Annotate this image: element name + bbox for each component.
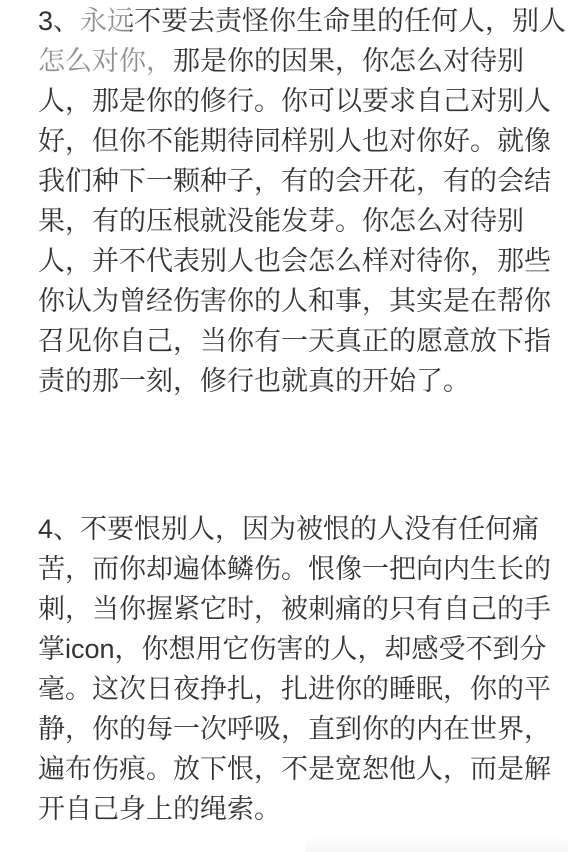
text-line: 果，有的压根就没能发芽。你怎么对待别 [38, 201, 574, 241]
text-line: 毫。这次日夜挣扎，扎进你的睡眠，你的平 [38, 669, 574, 709]
text-line: 3、永远不要去责怪你生命里的任何人，别人 [38, 1, 574, 41]
text-line: 4、不要恨别人，因为被恨的人没有任何痛 [38, 509, 574, 549]
text-line: 人，那是你的修行。你可以要求自己对别人 [38, 81, 574, 121]
paragraph-3: 3、永远不要去责怪你生命里的任何人，别人 怎么对你，那是你的因果，你怎么对待别 … [38, 1, 574, 401]
text-line: 责的那一刻，修行也就真的开始了。 [38, 361, 574, 401]
text-content: 3、永远不要去责怪你生命里的任何人，别人 怎么对你，那是你的因果，你怎么对待别 … [38, 1, 574, 829]
cropped-element-edge [305, 835, 568, 852]
text-line: 你认为曾经伤害你的人和事，其实是在帮你 [38, 281, 574, 321]
text-line: 掌icon，你想用它伤害的人，却感受不到分 [38, 629, 574, 669]
text-line: 召见你自己，当你有一天真正的愿意放下指 [38, 321, 574, 361]
text-line: 人，并不代表别人也会怎么样对待你，那些 [38, 241, 574, 281]
text-line: 开自己身上的绳索。 [38, 789, 574, 829]
text-line: 苦，而你却遍体鳞伤。恨像一把向内生长的 [38, 549, 574, 589]
text-line: 我们种下一颗种子，有的会开花，有的会结 [38, 161, 574, 201]
paragraph-4: 4、不要恨别人，因为被恨的人没有任何痛 苦，而你却遍体鳞伤。恨像一把向内生长的 … [38, 509, 574, 829]
text-line: 刺，当你握紧它时，被刺痛的只有自己的手 [38, 589, 574, 629]
text-line: 怎么对你，那是你的因果，你怎么对待别 [38, 41, 574, 81]
text-line: 好，但你不能期待同样别人也对你好。就像 [38, 121, 574, 161]
text-line: 遍布伤痕。放下恨，不是宽恕他人，而是解 [38, 749, 574, 789]
text-line: 静，你的每一次呼吸，直到你的内在世界， [38, 709, 574, 749]
